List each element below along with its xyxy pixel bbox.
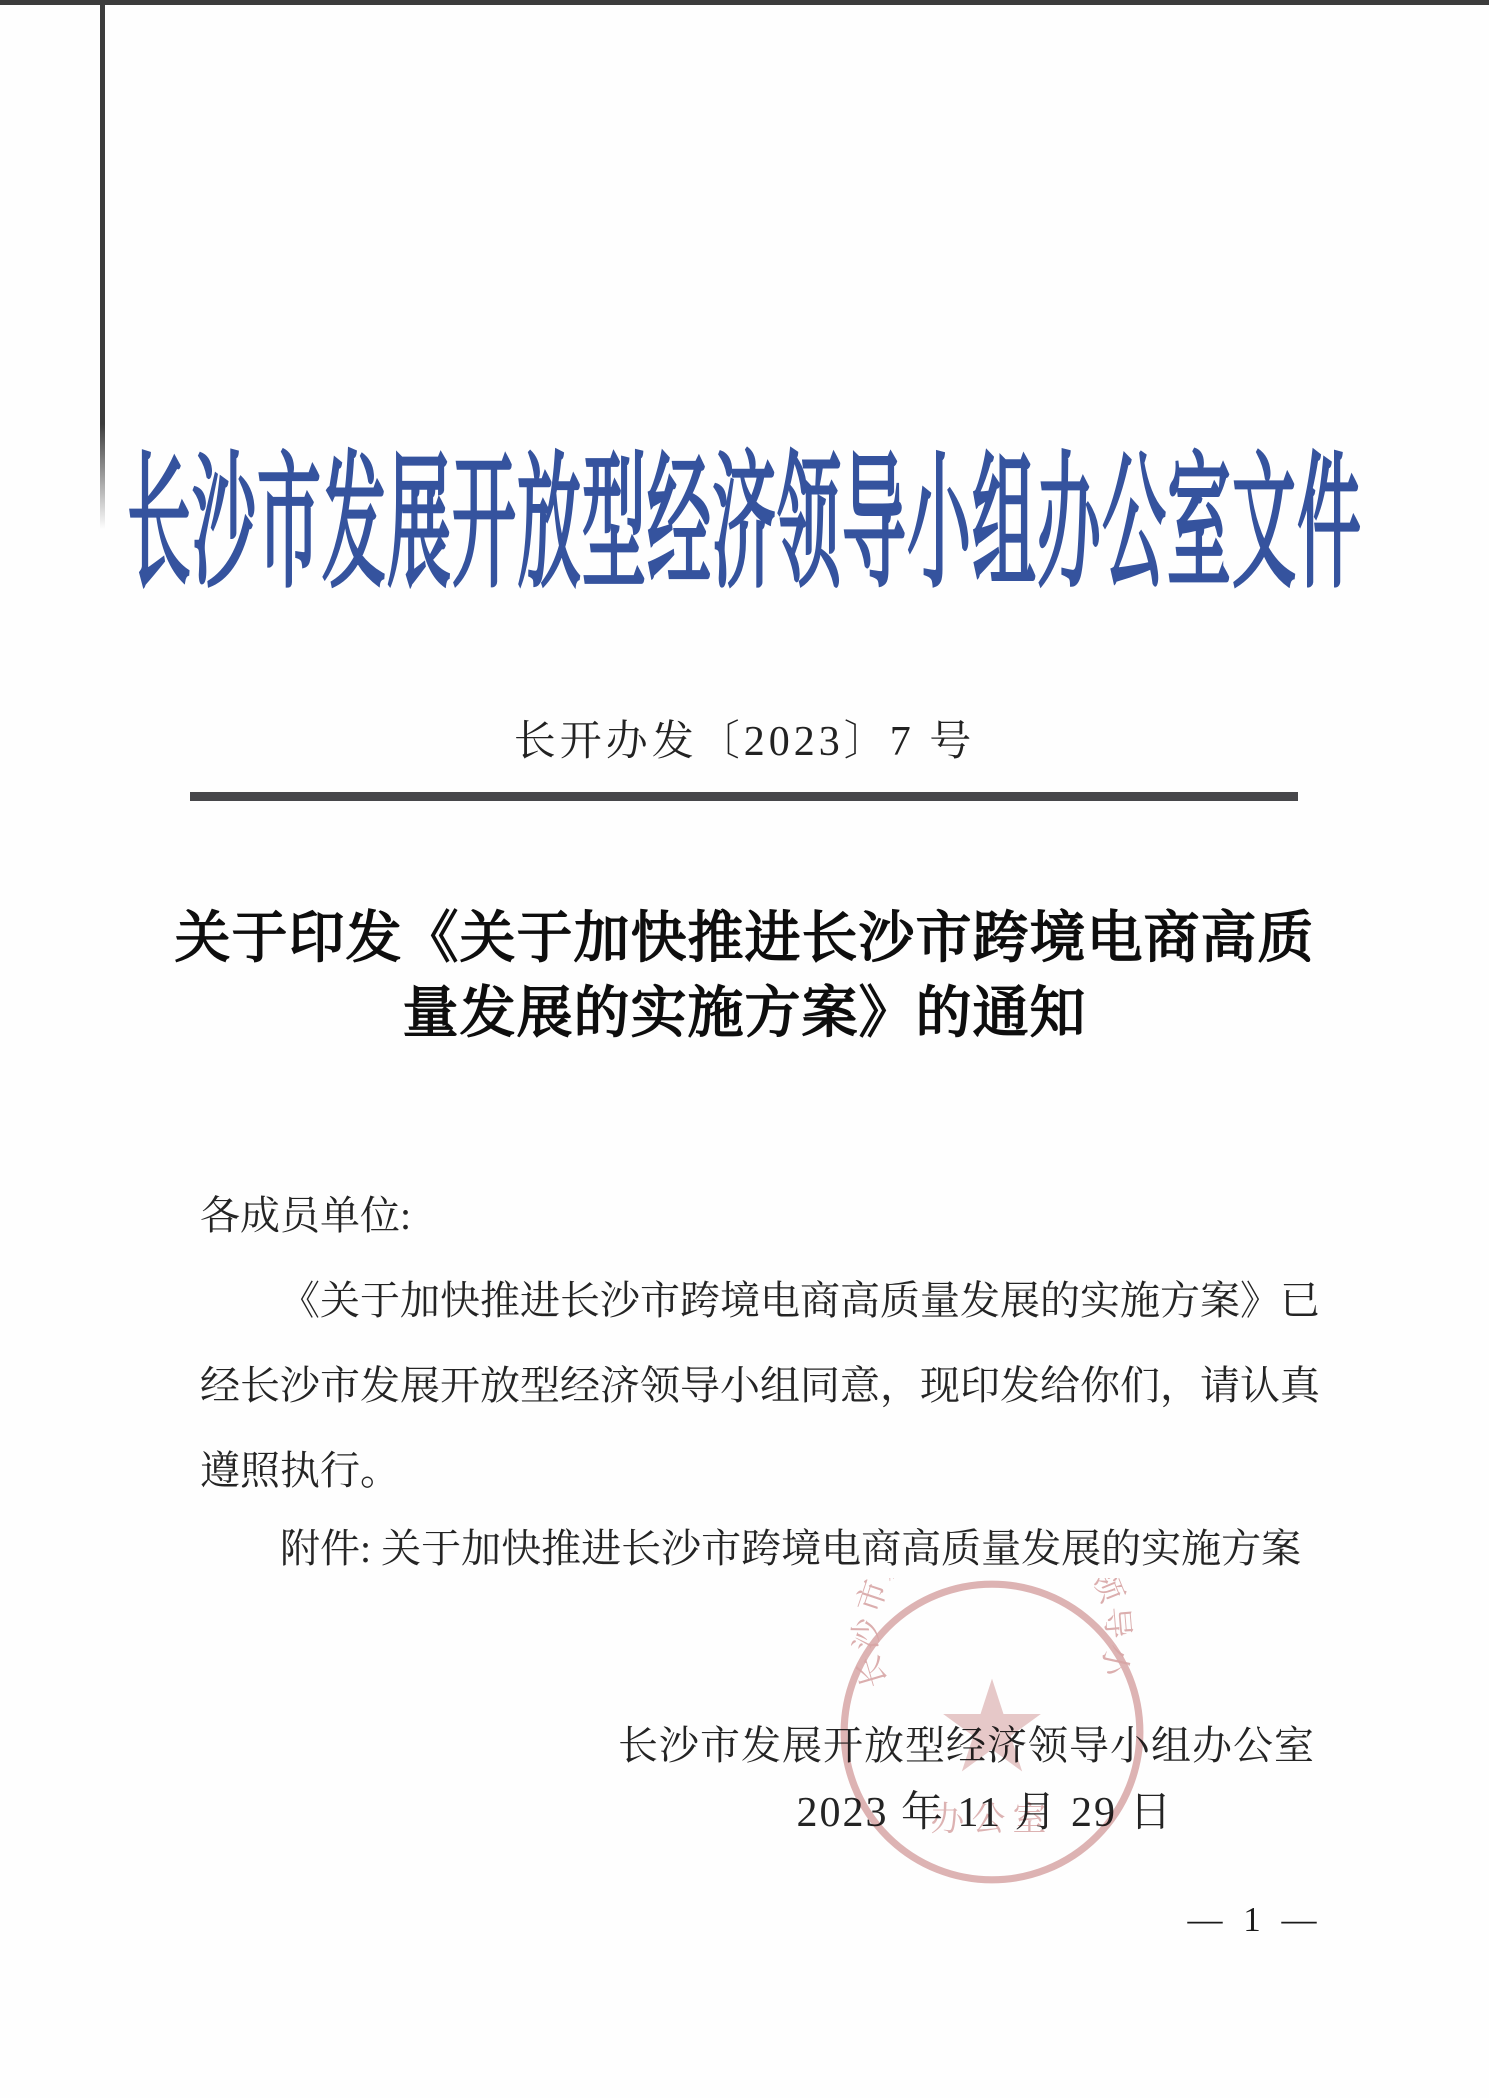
scan-edge-left <box>100 4 105 529</box>
document-title-line2: 量发展的实施方案》的通知 <box>80 977 1409 1052</box>
page-number: — 1 — <box>1140 1898 1370 1942</box>
doc-number: 长开办发〔2023〕7 号 <box>0 712 1489 772</box>
stamp-ring-text: 长沙市发展开放型经济领导小组 <box>838 1578 1136 1692</box>
document-body: 各成员单位: 《关于加快推进长沙市跨境电商高质量发展的实施方案》已 经长沙市发展… <box>200 1173 1322 1513</box>
document-title: 关于印发《关于加快推进长沙市跨境电商高质 量发展的实施方案》的通知 <box>80 902 1409 1052</box>
letterhead-org-title: 长沙市发展开放型经济领导小组办公室文件 <box>0 452 1489 599</box>
svg-text:长沙市发展开放型经济领导小组: 长沙市发展开放型经济领导小组 <box>838 1578 1136 1692</box>
stamp-center-text: 办公室 <box>930 1801 1053 1839</box>
star-icon <box>943 1679 1041 1772</box>
scan-edge-top <box>0 0 1489 5</box>
document-title-line1: 关于印发《关于加快推进长沙市跨境电商高质 <box>80 902 1409 977</box>
scanned-document-page: 长沙市发展开放型经济领导小组办公室文件 长开办发〔2023〕7 号 关于印发《关… <box>0 0 1489 2098</box>
salutation: 各成员单位: <box>200 1173 1322 1258</box>
body-paragraph-line: 遵照执行。 <box>200 1428 1322 1513</box>
body-paragraph-line: 《关于加快推进长沙市跨境电商高质量发展的实施方案》已 <box>200 1258 1322 1343</box>
header-rule <box>190 792 1298 801</box>
attachment-line: 附件: 关于加快推进长沙市跨境电商高质量发展的实施方案 <box>200 1506 1400 1591</box>
body-paragraph-line: 经长沙市发展开放型经济领导小组同意，现印发给你们，请认真 <box>200 1343 1322 1428</box>
official-seal-stamp: 长沙市发展开放型经济领导小组 办公室 <box>838 1578 1146 1886</box>
